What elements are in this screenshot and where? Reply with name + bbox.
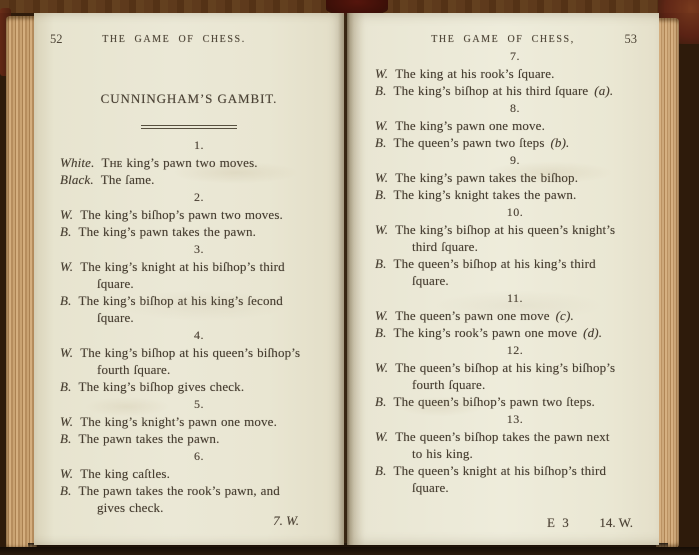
move-line: W.The king’s biſhop at his queen’s biſho… [60, 344, 338, 378]
move-number: 2. [60, 191, 338, 204]
player-label: Black. [60, 172, 94, 187]
move-text: The queen’s pawn one move [395, 308, 549, 323]
move-number: 10. [375, 206, 655, 219]
move-text: The queen’s biſhop at his king’s biſhop’… [395, 360, 615, 392]
move-text: The king’s pawn one move. [395, 118, 545, 133]
move-text: The king’s biſhop’s pawn two moves. [80, 207, 283, 222]
player-label: B. [375, 463, 387, 478]
move-text: The queen’s biſhop at his king’s third ſ… [394, 256, 596, 288]
player-label: B. [375, 187, 387, 202]
move-text: The king’s rook’s pawn one move [394, 325, 578, 340]
player-label: W. [60, 207, 73, 222]
move-line: W.The king’s pawn one move. [375, 117, 655, 134]
player-label: W. [375, 429, 388, 444]
move-line: W.The king’s pawn takes the biſhop. [375, 169, 655, 186]
player-label: B. [375, 83, 387, 98]
page-number-right: 53 [625, 32, 638, 47]
move-line: W.The queen’s pawn one move (c). [375, 307, 655, 324]
player-label: W. [375, 118, 388, 133]
player-label: B. [375, 325, 387, 340]
move-line: B.The king’s rook’s pawn one move (d). [375, 324, 655, 341]
move-text: The king’s biſhop at his king’s ſecond ſ… [79, 293, 283, 325]
move-text: The king at his rook’s ſquare. [395, 66, 554, 81]
move-11: 11.W.The queen’s pawn one move (c).B.The… [375, 292, 655, 341]
double-rule [141, 125, 237, 129]
footnote-marker: (a). [590, 83, 613, 98]
player-label: B. [60, 293, 72, 308]
move-number: 12. [375, 344, 655, 357]
footnote-marker: (d). [579, 325, 602, 340]
move-6: 6.W.The king caſtles.B.The pawn takes th… [60, 450, 338, 516]
move-line: W.The king caſtles. [60, 465, 338, 482]
move-2: 2.W.The king’s biſhop’s pawn two moves.B… [60, 191, 338, 240]
leather-board-bottom [0, 547, 699, 555]
move-text: The pawn takes the rook’s pawn, and give… [79, 483, 280, 515]
move-text: The pawn takes the pawn. [79, 431, 220, 446]
move-text: The queen’s biſhop takes the pawn next t… [395, 429, 609, 461]
move-line: B.The king’s pawn takes the pawn. [60, 223, 338, 240]
move-line: B.The king’s biſhop at his third ſquare … [375, 82, 655, 99]
player-label: W. [375, 360, 388, 375]
player-label: W. [375, 66, 388, 81]
player-label: W. [60, 345, 73, 360]
move-text: The queen’s pawn two ſteps [394, 135, 545, 150]
move-number: 8. [375, 102, 655, 115]
player-label: W. [60, 466, 73, 481]
move-line: W.The king’s biſhop’s pawn two moves. [60, 206, 338, 223]
move-12: 12.W.The queen’s biſhop at his king’s bi… [375, 344, 655, 410]
player-label: W. [60, 414, 73, 429]
footnote-marker: (b). [547, 135, 570, 150]
move-line: B.The queen’s biſhop at his king’s third… [375, 255, 655, 289]
move-text: The king’s knight at his biſhop’s third … [80, 259, 285, 291]
move-line: W.The king’s knight at his biſhop’s thir… [60, 258, 338, 292]
left-page: 52 THE GAME OF CHESS. CUNNINGHAM’S GAMBI… [34, 13, 344, 545]
move-8: 8.W.The king’s pawn one move.B.The queen… [375, 102, 655, 151]
move-line: Black.The ſame. [60, 171, 338, 188]
move-text: The king’s knight’s pawn one move. [80, 414, 277, 429]
player-label: B. [375, 135, 387, 150]
move-number: 4. [60, 329, 338, 342]
move-line: B.The king’s knight takes the pawn. [375, 186, 655, 203]
move-number: 3. [60, 243, 338, 256]
move-10: 10.W.The king’s biſhop at his queen’s kn… [375, 206, 655, 289]
moves-list-right: 7.W.The king at his rook’s ſquare.B.The … [375, 47, 655, 498]
move-line: B.The pawn takes the rook’s pawn, and gi… [60, 482, 338, 516]
footnote-marker: (c). [552, 308, 574, 323]
chapter-title: CUNNINGHAM’S GAMBIT. [34, 91, 344, 107]
move-number: 5. [60, 398, 338, 411]
move-text: The king’s biſhop gives check. [79, 379, 245, 394]
move-line: B.The queen’s biſhop’s pawn two ſteps. [375, 393, 655, 410]
player-label: W. [60, 259, 73, 274]
move-text: The king’s biſhop at his queen’s biſhop’… [80, 345, 300, 377]
move-line: B.The king’s biſhop gives check. [60, 378, 338, 395]
player-label: W. [375, 222, 388, 237]
move-1: 1.White.Tʜᴇ king’s pawn two moves.Black.… [60, 139, 338, 188]
move-line: B.The queen’s knight at his biſhop’s thi… [375, 462, 655, 496]
player-label: B. [60, 379, 72, 394]
catchword-left: 7. W. [273, 513, 299, 529]
page-gutter [338, 13, 354, 545]
move-text: The queen’s biſhop’s pawn two ſteps. [394, 394, 595, 409]
move-3: 3.W.The king’s knight at his biſhop’s th… [60, 243, 338, 326]
move-text: The king caſtles. [80, 466, 170, 481]
move-number: 6. [60, 450, 338, 463]
player-label: W. [375, 170, 388, 185]
player-label: B. [60, 431, 72, 446]
move-line: White.Tʜᴇ king’s pawn two moves. [60, 154, 338, 171]
gathering-signature: E 3 [547, 515, 571, 531]
page-edges-left [6, 16, 37, 550]
move-text: The king’s knight takes the pawn. [394, 187, 577, 202]
move-text: The king’s biſhop at his third ſquare [394, 83, 589, 98]
move-line: B.The queen’s pawn two ſteps (b). [375, 134, 655, 151]
move-line: B.The king’s biſhop at his king’s ſecond… [60, 292, 338, 326]
move-line: B.The pawn takes the pawn. [60, 430, 338, 447]
move-number: 1. [60, 139, 338, 152]
catchword-right: 14. W. [599, 515, 633, 531]
move-number: 11. [375, 292, 655, 305]
player-label: W. [375, 308, 388, 323]
player-label: B. [375, 256, 387, 271]
player-label: B. [60, 483, 72, 498]
player-label: B. [375, 394, 387, 409]
move-text: The king’s pawn takes the pawn. [79, 224, 257, 239]
move-line: W.The king’s biſhop at his queen’s knigh… [375, 221, 655, 255]
player-label: B. [60, 224, 72, 239]
running-header-left: THE GAME OF CHESS. [64, 34, 284, 45]
move-7: 7.W.The king at his rook’s ſquare.B.The … [375, 50, 655, 99]
move-4: 4.W.The king’s biſhop at his queen’s biſ… [60, 329, 338, 395]
move-text: Tʜᴇ king’s pawn two moves. [101, 155, 257, 170]
move-number: 9. [375, 154, 655, 167]
move-line: W.The queen’s biſhop at his king’s biſho… [375, 359, 655, 393]
page-number-left: 52 [50, 32, 63, 47]
move-line: W.The king at his rook’s ſquare. [375, 65, 655, 82]
move-text: The king’s pawn takes the biſhop. [395, 170, 578, 185]
player-label: White. [60, 155, 94, 170]
move-line: W.The queen’s biſhop takes the pawn next… [375, 428, 655, 462]
move-number: 13. [375, 413, 655, 426]
moves-list-left: 1.White.Tʜᴇ king’s pawn two moves.Black.… [60, 136, 338, 518]
move-text: The king’s biſhop at his queen’s knight’… [395, 222, 615, 254]
right-page: THE GAME OF CHESS, 53 7.W.The king at hi… [347, 13, 659, 545]
running-header-right: THE GAME OF CHESS, [393, 34, 613, 45]
move-text: The queen’s knight at his biſhop’s third… [394, 463, 607, 495]
move-number: 7. [375, 50, 655, 63]
move-13: 13.W.The queen’s biſhop takes the pawn n… [375, 413, 655, 496]
move-5: 5.W.The king’s knight’s pawn one move.B.… [60, 398, 338, 447]
move-line: W.The king’s knight’s pawn one move. [60, 413, 338, 430]
move-9: 9.W.The king’s pawn takes the biſhop.B.T… [375, 154, 655, 203]
page-edges-right [656, 18, 679, 548]
move-text: The ſame. [101, 172, 155, 187]
